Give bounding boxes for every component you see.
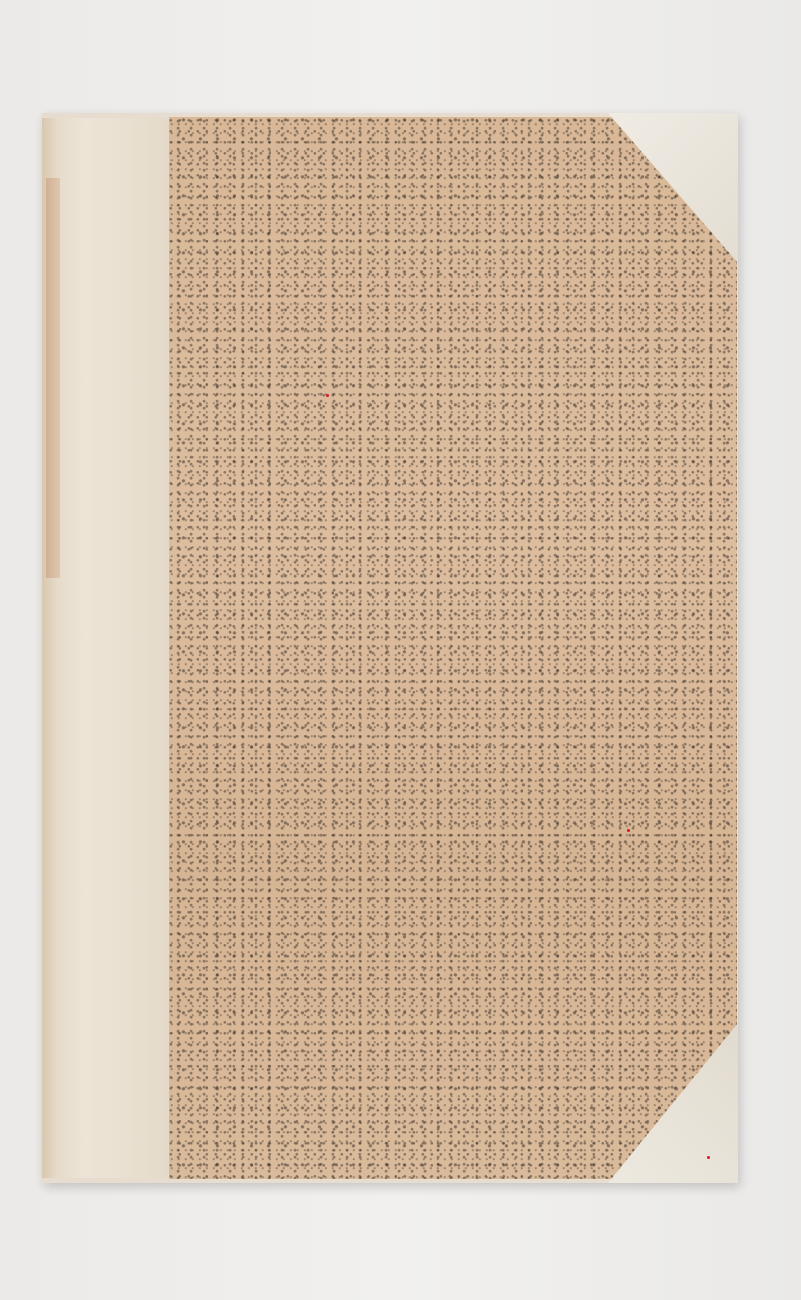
- red-fleck: [326, 394, 329, 397]
- vellum-spine: [42, 118, 182, 1178]
- red-fleck: [627, 829, 630, 832]
- book-cover: [42, 113, 738, 1183]
- spine-edge-wear: [46, 178, 60, 578]
- speckled-paper-board: [169, 117, 737, 1179]
- red-fleck: [707, 1156, 710, 1159]
